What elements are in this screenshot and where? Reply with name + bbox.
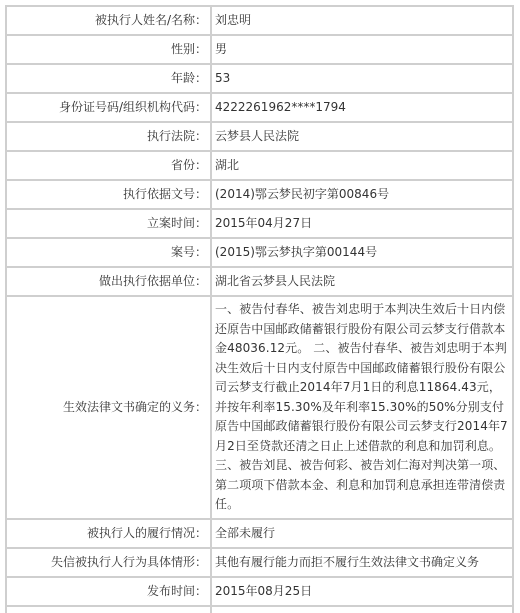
row-case-number: 案号： (2015)鄂云梦执字第00144号	[6, 238, 513, 267]
label-publish-date: 发布时间：	[6, 577, 211, 591]
row-legal-obligation: 生效法律文书确定的义务： 一、被告付春华、被告刘忠明于本判决生效后十日内偿还原告…	[6, 296, 513, 519]
row-dishonest-behavior: 失信被执行人行为具体情形： 其他有履行能力而拒不履行生效法律文书确定义务	[6, 548, 513, 577]
value-issuing-unit: 湖北省云梦县人民法院	[211, 267, 513, 296]
value-case-number: (2015)鄂云梦执字第00144号	[211, 238, 513, 267]
value-filing-date: 2015年04月27日	[211, 209, 513, 238]
value-court: 云梦县人民法院	[211, 122, 513, 151]
row-issuing-unit: 做出执行依据单位： 湖北省云梦县人民法院	[6, 267, 513, 296]
row-filing-date: 立案时间： 2015年04月27日	[6, 209, 513, 238]
dishonest-debtor-info-table: 被执行人姓名/名称： 刘忠明 性别： 男 年龄： 53 身份证号码/组织机构代码…	[5, 5, 514, 590]
value-province: 湖北	[211, 151, 513, 180]
label-basis-doc-number: 执行依据文号：	[6, 180, 211, 209]
value-age: 53	[211, 64, 513, 93]
label-age: 年龄：	[6, 64, 211, 93]
label-filing-date: 立案时间：	[6, 209, 211, 238]
value-legal-obligation: 一、被告付春华、被告刘忠明于本判决生效后十日内偿还原告中国邮政储蓄银行股份有限公…	[211, 296, 513, 519]
value-dishonest-behavior: 其他有履行能力而拒不履行生效法律文书确定义务	[211, 548, 513, 577]
row-court: 执行法院： 云梦县人民法院	[6, 122, 513, 151]
row-performance-status: 被执行人的履行情况： 全部未履行	[6, 519, 513, 548]
row-age: 年龄： 53	[6, 64, 513, 93]
label-legal-obligation: 生效法律文书确定的义务：	[6, 296, 211, 519]
label-debtor-name: 被执行人姓名/名称：	[6, 6, 211, 35]
label-province: 省份：	[6, 151, 211, 180]
row-basis-doc-number: 执行依据文号： (2014)鄂云梦民初字第00846号	[6, 180, 513, 209]
label-case-number: 案号：	[6, 238, 211, 267]
value-gender: 男	[211, 35, 513, 64]
row-gender: 性别： 男	[6, 35, 513, 64]
label-court: 执行法院：	[6, 122, 211, 151]
value-publish-date: 2015年08月25日	[211, 577, 513, 591]
value-basis-doc-number: (2014)鄂云梦民初字第00846号	[211, 180, 513, 209]
row-publish-date: 发布时间： 2015年08月25日	[6, 577, 513, 591]
label-gender: 性别：	[6, 35, 211, 64]
row-province: 省份： 湖北	[6, 151, 513, 180]
row-debtor-name: 被执行人姓名/名称： 刘忠明	[6, 6, 513, 35]
value-performance-status: 全部未履行	[211, 519, 513, 548]
value-debtor-name: 刘忠明	[211, 6, 513, 35]
label-issuing-unit: 做出执行依据单位：	[6, 267, 211, 296]
label-performance-status: 被执行人的履行情况：	[6, 519, 211, 548]
label-dishonest-behavior: 失信被执行人行为具体情形：	[6, 548, 211, 577]
value-id-number: 4222261962****1794	[211, 93, 513, 122]
label-id-number: 身份证号码/组织机构代码：	[6, 93, 211, 122]
row-id-number: 身份证号码/组织机构代码： 4222261962****1794	[6, 93, 513, 122]
